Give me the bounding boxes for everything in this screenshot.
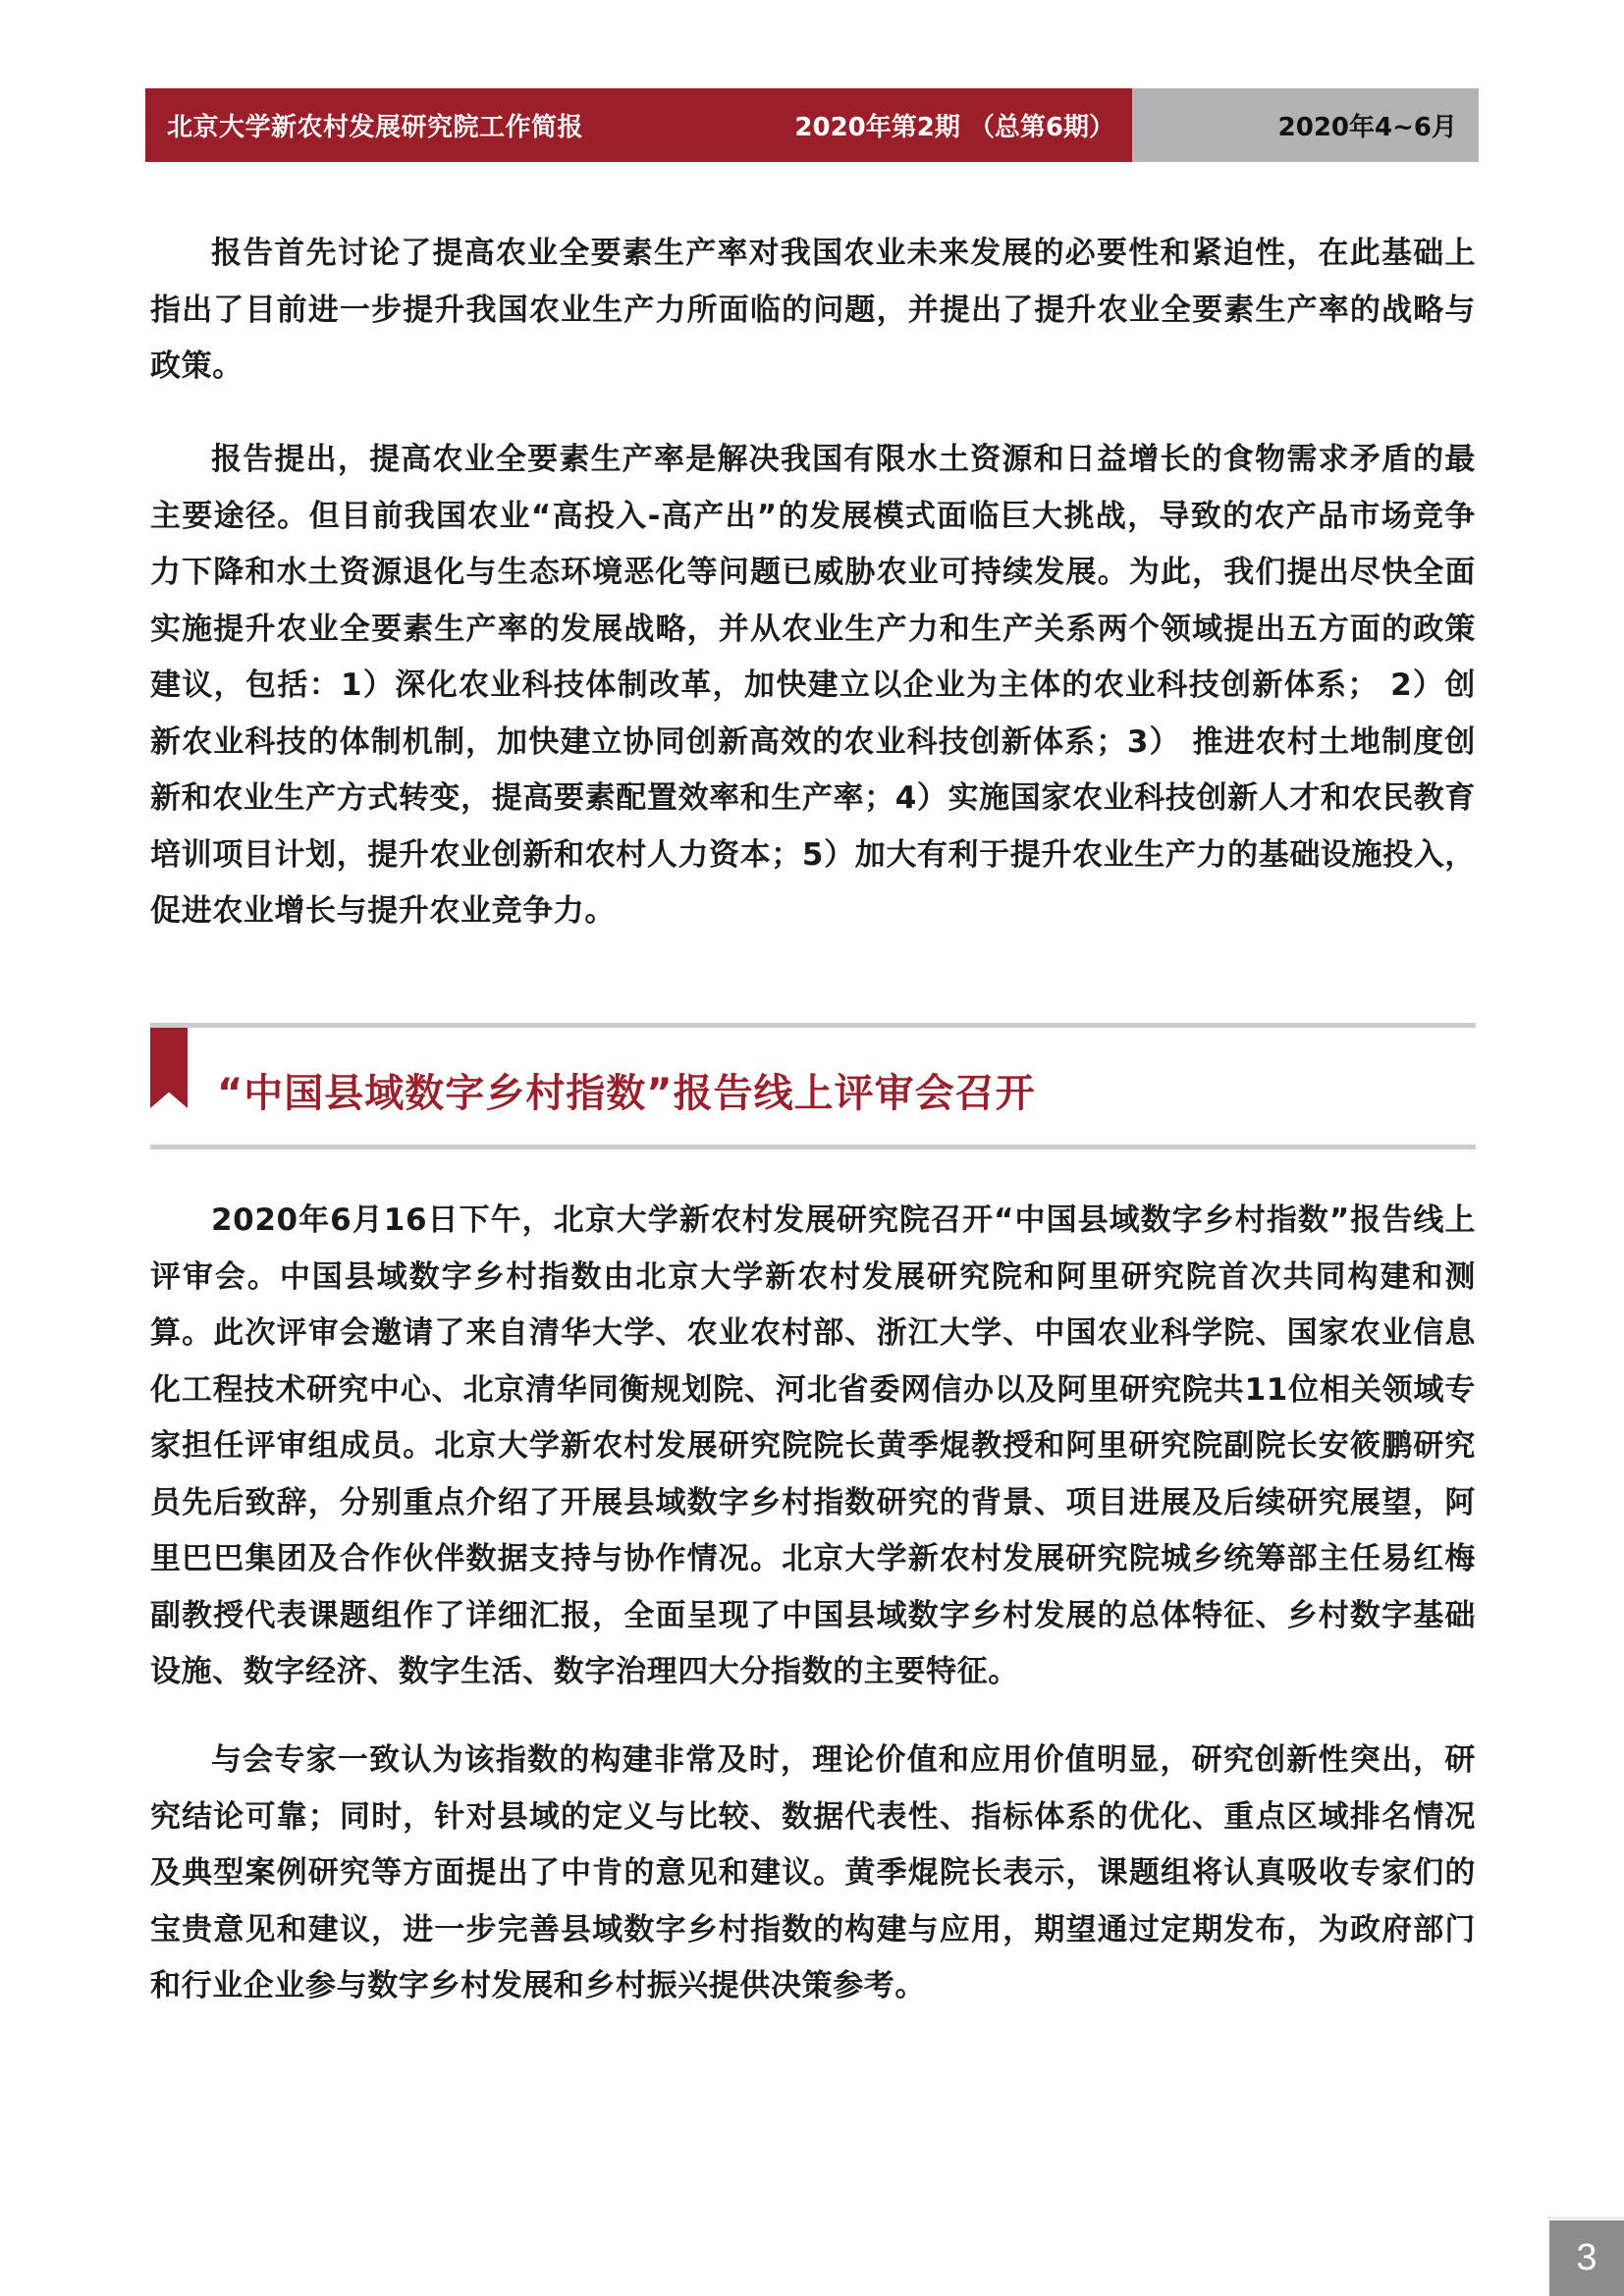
page-number: 3 — [1549, 2220, 1624, 2296]
body-paragraph: 报告首先讨论了提高农业全要素生产率对我国农业未来发展的必要性和紧迫性，在此基础上… — [150, 226, 1476, 396]
bookmark-ribbon-icon — [150, 1028, 188, 1108]
date-range: 2020年4~6月 — [1278, 107, 1457, 143]
body-paragraph: 2020年6月16日下午，北京大学新农村发展研究院召开“中国县域数字乡村指数”报… — [150, 1193, 1476, 1701]
header-red-section: 北京大学新农村发展研究院工作简报 2020年第2期 （总第6期） — [145, 88, 1132, 162]
body-paragraph: 与会专家一致认为该指数的构建非常及时，理论价值和应用价值明显，研究创新性突出，研… — [150, 1733, 1476, 2015]
section-heading: “中国县域数字乡村指数”报告线上评审会召开 — [150, 1021, 1476, 1148]
page-number-divider — [1547, 2216, 1624, 2219]
body-paragraph: 报告提出，提高农业全要素生产率是解决我国有限水土资源和日益增长的食物需求矛盾的最… — [150, 432, 1476, 940]
issue-number: 2020年第2期 （总第6期） — [794, 107, 1114, 143]
header-grey-section: 2020年4~6月 — [1132, 88, 1479, 162]
heading-top-divider — [150, 1023, 1476, 1028]
heading-bottom-divider — [150, 1145, 1476, 1149]
newsletter-header-bar: 北京大学新农村发展研究院工作简报 2020年第2期 （总第6期） 2020年4~… — [145, 88, 1479, 162]
section-title: “中国县域数字乡村指数”报告线上评审会召开 — [217, 1062, 1036, 1118]
newsletter-title: 北京大学新农村发展研究院工作简报 — [167, 107, 583, 143]
